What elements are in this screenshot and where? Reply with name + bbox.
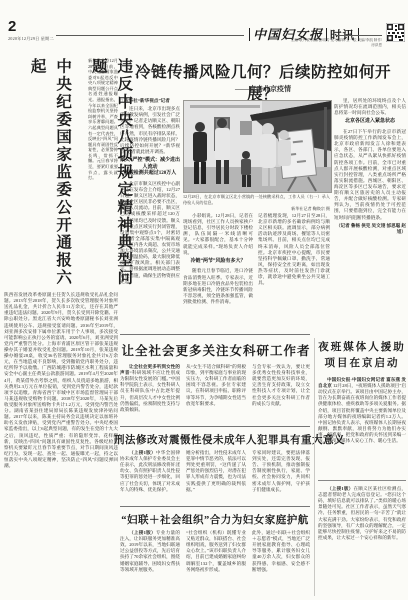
paragraph: 中华全国律协未成年人保护专业委员会主任表示，此次刑法修改将奸淫幼女、负有照护职责… xyxy=(120,450,180,492)
paragraph: 里，居所处的环境终点及个人防护情况均在流调范围内，相关信息将第一时间向社会公布。 xyxy=(334,98,406,116)
headline-line: 项目在京启动 xyxy=(318,356,406,372)
header-rule-left xyxy=(56,35,244,36)
headline-line: 中央纪委国家监委公开通报六起 xyxy=(24,58,75,286)
women-sci-col-3: 与会专家一致认为，要让更多优秀女性投身科技事业，就要营造更加友好的环境，完善生育… xyxy=(252,364,310,422)
criminal-law-col-3: 专家同时建议，要把法律落到实处，还需完善发现、报告、干预机制，推动强制报告制度刚… xyxy=(252,450,310,502)
paragraph: 在顺义区某社区检测点，志愿者帮助老人完成信息登记。“您扫这个码，填好信息就可以排… xyxy=(318,486,406,540)
left-article-main-column: 陕西省发展改革委原副主任贺久长违规收受礼品礼金问题。2013年至2018年，贺久… xyxy=(4,292,118,596)
paragraph: 专业力量的注入，让妇联服务更加精准高效。2019年以来，当地妇联通过公益创投等方… xyxy=(120,530,180,572)
left-article-side-column: 新华社北京12月28日电 日前，中央纪委国家监委对6起违反中央八项规定精神典型问… xyxy=(88,58,118,286)
qr-code-icon xyxy=(386,23,405,42)
dateline: 2020年12月29日 星期二 xyxy=(8,36,54,42)
subhead: 顺义“严控”模式：减少进出人流动 核酸检测共超过120万人 xyxy=(120,158,180,178)
fulian-headline: “妇联＋社会组织”合力为妇女家庭护航 xyxy=(114,512,316,527)
paragraph: 在27日下午举行的北京市新冠肺炎疫情防控工作新闻发布会上，北京市政府新闻发言人徐… xyxy=(334,129,406,221)
news-photo xyxy=(183,100,332,193)
newspaper-page: 2 2020年12月29日 星期二 中国妇女报时讯 主编/耿兴敏 责编/张明芳 … xyxy=(0,0,408,600)
paragraph: 随着元旦春节临近，进口冷链食品消费进入旺季。专家表示，近期多地在进口冷链食品外包… xyxy=(183,268,253,305)
headline-line: 夜班媒体人援助 xyxy=(318,340,406,356)
paragraph: “科研领域不应让性别成为限制女性发展的门槛。”中国科学院院士表示，女性科研人员在… xyxy=(120,370,180,412)
subhead: 冷链“两节”风险有多大？ xyxy=(183,259,253,266)
column-rule xyxy=(314,338,315,596)
fulian-col-1: （上接1版）专业力量的注入，让妇联服务更加精准高效。2019年以来，当地妇联通过… xyxy=(120,530,180,596)
section-divider xyxy=(120,506,310,507)
covid-column-b: 小彩娟说。12月28日，记者在现场看到，社区工作人员挨家挨户登记信息，引导居民分… xyxy=(183,213,253,331)
criminal-law-col-2: 她分析指出，对性侵未成年人犯罪中情节恶劣的，依法可以判处更重刑罚，“这传递了从严… xyxy=(186,450,246,502)
paragraph: 12月28日，“夜班媒体人援助项目”启动仪式在京举行。该项目由中国记协主办，旨在… xyxy=(318,383,406,443)
paragraph: 北京市顺义区疾控中心副主任在发布会上介绍，12月27日起，顺义区进入战时状态，要… xyxy=(120,181,180,285)
continued-article-body: （上接1版）在顺义区某社区检测点，志愿者帮助老人完成信息登记。“您扫这个码，填好… xyxy=(318,486,406,596)
editor-credits: 主编/耿兴敏 责编/张明芳 见习编辑/王一辰 美编/李凯 制作/房泽恩 xyxy=(290,38,382,48)
reporter-signature: （记者 鲁畅 侠克 吴文诩 邰思聪 赵旭） xyxy=(334,223,406,235)
paragraph: 连日来，北京市出现多点零星散发病例，引发社会广泛关注。记者走访顺义区、朝阳区等地… xyxy=(120,106,180,155)
fulian-col-2: “社会组织（机构）既懂专业又贴近群众，妇联搭台、社会组织唱戏，服务送到了妇女群众… xyxy=(186,530,246,596)
night-media-headline: 夜班媒体人援助 项目在京启动 xyxy=(318,340,406,373)
continued-marker: （上接1版） xyxy=(129,450,156,455)
header-rule-right xyxy=(336,35,382,36)
covid-column-c: 记者梳理发现，12月27日至28日，北京市新增的多名确诊病例均与顺义区相关联。流… xyxy=(258,213,330,331)
criminal-law-col-1: （上接1版）中华全国律协未成年人保护专业委员会主任表示，此次刑法修改将奸淫幼女、… xyxy=(120,450,180,502)
women-sci-col-1: 让全社会更多听到女性的声音“科研领域不应让性别成为限制女性发展的门槛。”中国科学… xyxy=(120,364,180,422)
fulian-col-3: 此外，通过“妇联＋社会组织＋志愿者”模式，当地还广泛开展家庭教育指导、心理疏导等… xyxy=(252,530,310,596)
paragraph: 小彩娟说。12月28日，记者在现场看到，社区工作人员挨家挨户登记信息，引导居民分… xyxy=(183,213,253,256)
photo-caption: 12月28日，在北京市顺义区北小营镇的一处核酸采样点，工作人员（右一）录入待检人… xyxy=(183,194,330,205)
byline: □ 新华社“新华视点”记者 xyxy=(120,98,180,104)
night-media-body: 中国妇女报·中国妇女网记者 富东燕 发自北京 12月28日，“夜班媒体人援助项目… xyxy=(318,377,406,475)
covid-testing-photo-illustration xyxy=(184,101,331,192)
criminal-law-headline: 刑法修改对震慑性侵未成年人犯罪具有重大意义 xyxy=(114,432,316,447)
women-sci-col-2: 从“女生不适合做科研”的刻板印象，到平衡家庭与事业的现实压力，女科研工作者面临的… xyxy=(186,364,246,422)
sidebar-divider xyxy=(318,480,406,481)
covid-column-d: 里，居所处的环境终点及个人防护情况均在流调范围内，相关信息将第一时间向社会公布。… xyxy=(334,98,406,331)
section-divider xyxy=(120,334,310,335)
continued-marker: （上接1版） xyxy=(129,530,156,535)
subhead: 北京各区进入紧急状态 xyxy=(334,119,406,126)
main-subtitle: ——直击北京疫情 xyxy=(120,84,406,94)
covid-column-a: □ 新华社“新华视点”记者 连日来，北京市出现多点零星散发病例，引发社会广泛关注… xyxy=(120,98,180,331)
continued-marker: （上接1版） xyxy=(327,486,353,491)
masthead-divider-bar xyxy=(249,28,250,41)
women-sci-headline: 让全社会更多关注女科研工作者 xyxy=(120,341,312,359)
photo-credit: 新华社记者 鞠焕宗 摄 xyxy=(183,206,330,212)
page-number: 2 xyxy=(8,18,16,35)
photo-caption-block: 12月28日，在北京市顺义区北小营镇的一处核酸采样点，工作人员（右一）录入待检人… xyxy=(183,194,330,212)
section-divider xyxy=(120,426,310,427)
